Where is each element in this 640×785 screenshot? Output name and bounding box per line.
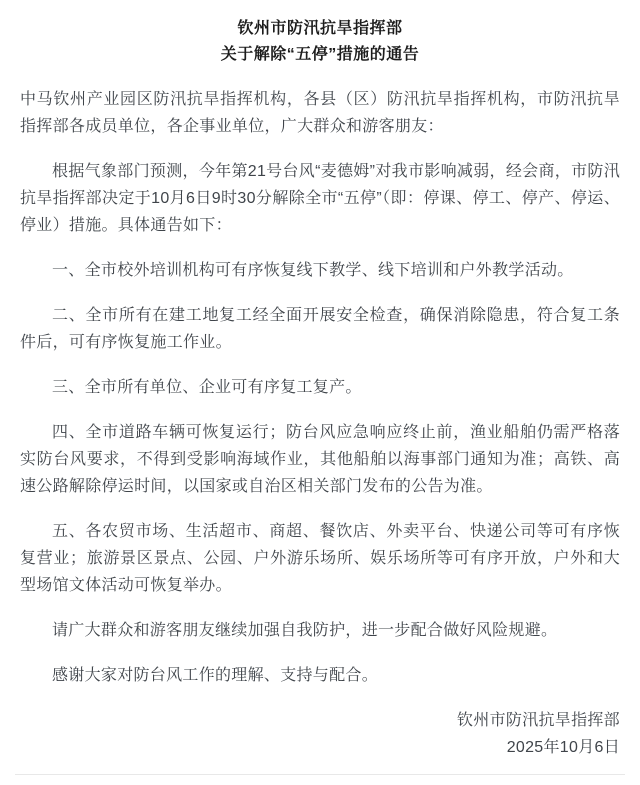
thanks-paragraph: 感谢大家对防台风工作的理解、支持与配合。 bbox=[20, 662, 620, 689]
salutation-paragraph: 中马钦州产业园区防汛抗旱指挥机构，各县（区）防汛抗旱指挥机构，市防汛抗旱指挥部各… bbox=[20, 86, 620, 140]
item-5-paragraph: 五、各农贸市场、生活超市、商超、餐饮店、外卖平台、快递公司等可有序恢复营业；旅游… bbox=[20, 518, 620, 599]
item-3-paragraph: 三、全市所有单位、企业可有序复工复产。 bbox=[20, 374, 620, 401]
notice-title-line1: 钦州市防汛抗旱指挥部 bbox=[20, 16, 620, 42]
item-4-paragraph: 四、全市道路车辆可恢复运行；防台风应急响应终止前，渔业船舶仍需严格落实防台风要求… bbox=[20, 419, 620, 500]
signature-block: 钦州市防汛抗旱指挥部 2025年10月6日 bbox=[20, 707, 620, 761]
self-protection-paragraph: 请广大群众和游客朋友继续加强自我防护，进一步配合做好风险规避。 bbox=[20, 617, 620, 644]
notice-header: 钦州市防汛抗旱指挥部 关于解除“五停”措施的通告 bbox=[20, 16, 620, 68]
item-2-paragraph: 二、全市所有在建工地复工经全面开展安全检查，确保消除隐患，符合复工条件后，可有序… bbox=[20, 302, 620, 356]
signature-date: 2025年10月6日 bbox=[20, 734, 620, 761]
intro-paragraph: 根据气象部门预测，今年第21号台风“麦德姆”对我市影响减弱，经会商，市防汛抗旱指… bbox=[20, 158, 620, 239]
signature-org: 钦州市防汛抗旱指挥部 bbox=[20, 707, 620, 734]
notice-document: 钦州市防汛抗旱指挥部 关于解除“五停”措施的通告 中马钦州产业园区防汛抗旱指挥机… bbox=[0, 0, 640, 785]
bottom-divider bbox=[15, 774, 625, 775]
notice-title-line2: 关于解除“五停”措施的通告 bbox=[20, 42, 620, 68]
item-1-paragraph: 一、全市校外培训机构可有序恢复线下教学、线下培训和户外教学活动。 bbox=[20, 257, 620, 284]
